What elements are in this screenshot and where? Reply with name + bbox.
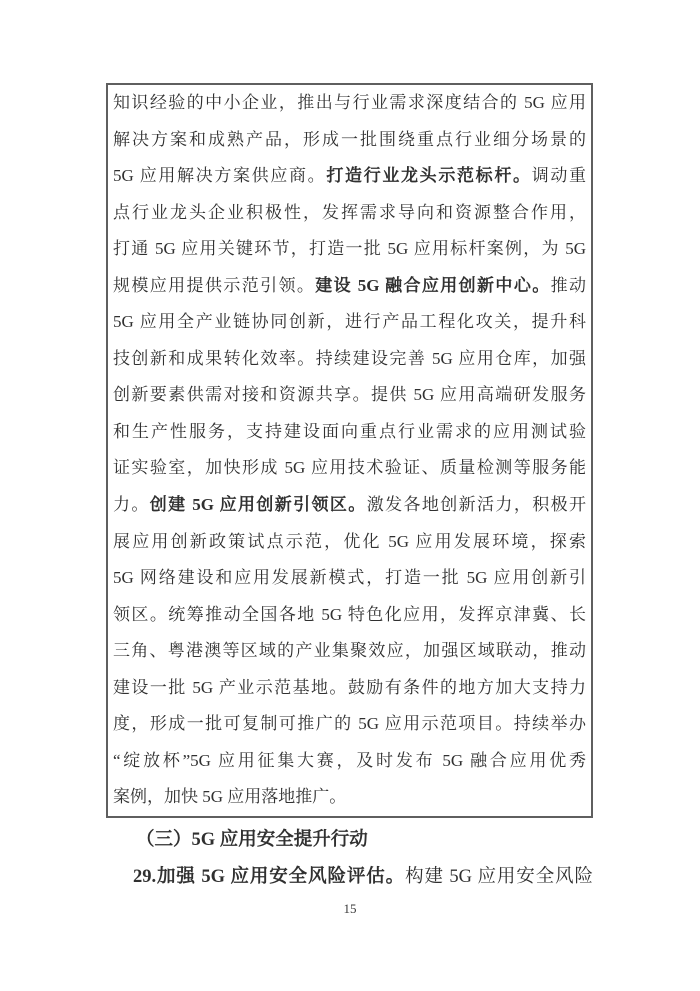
text-line: 案例，加快 5G 应用落地推广。: [113, 779, 586, 816]
text-segment: 领区。统筹推动全国各地 5G 特色化应用，发挥京津冀、长: [113, 605, 586, 624]
text-line: 建设一批 5G 产业示范基地。鼓励有条件的地方加大支持力: [113, 670, 586, 707]
text-line: 知识经验的中小企业，推出与行业需求深度结合的 5G 应用: [113, 85, 586, 122]
boxed-paragraph: 知识经验的中小企业，推出与行业需求深度结合的 5G 应用解决方案和成熟产品，形成…: [106, 83, 593, 818]
text-line: 度，形成一批可复制可推广的 5G 应用示范项目。持续举办: [113, 706, 586, 743]
text-line: 和生产性服务，支持建设面向重点行业需求的应用测试验: [113, 414, 586, 451]
text-segment: 证实验室，加快形成 5G 应用技术验证、质量检测等服务能: [113, 458, 586, 477]
text-segment: 创新要素供需对接和资源共享。提供 5G 应用高端研发服务: [113, 385, 586, 404]
text-line: 5G 应用全产业链协同创新，进行产品工程化攻关，提升科: [113, 304, 586, 341]
text-segment: 规模应用提供示范引领。: [113, 276, 315, 295]
text-segment: 三角、粤港澳等区域的产业集聚效应，加强区域联动，推动: [113, 641, 586, 660]
text-segment: 知识经验的中小企业，推出与行业需求深度结合的 5G 应用: [113, 93, 586, 112]
text-line: 解决方案和成熟产品，形成一批围绕重点行业细分场景的: [113, 122, 586, 159]
page-number: 15: [0, 901, 700, 917]
text-segment: 推动: [551, 276, 586, 295]
text-segment: 调动重: [532, 166, 586, 185]
text-segment: 打通 5G 应用关键环节，打造一批 5G 应用标杆案例，为 5G: [113, 239, 586, 258]
text-segment: 力。: [113, 495, 150, 514]
item-29-lead: 29.加强 5G 应用安全风险评估。: [133, 867, 405, 887]
bold-text-segment: 创建 5G 应用创新引领区。: [150, 495, 367, 514]
text-segment: 5G 网络建设和应用发展新模式，打造一批 5G 应用创新引: [113, 568, 586, 587]
text-segment: 建设一批 5G 产业示范基地。鼓励有条件的地方加大支持力: [113, 678, 586, 697]
text-line: 技创新和成果转化效率。持续建设完善 5G 应用仓库，加强: [113, 341, 586, 378]
text-line: 5G 网络建设和应用发展新模式，打造一批 5G 应用创新引: [113, 560, 586, 597]
text-line: 三角、粤港澳等区域的产业集聚效应，加强区域联动，推动: [113, 633, 586, 670]
numbered-item-29: 29.加强 5G 应用安全风险评估。构建 5G 应用安全风险: [106, 859, 593, 896]
text-line: 展应用创新政策试点示范，优化 5G 应用发展环境，探索: [113, 524, 586, 561]
text-line: “绽放杯”5G 应用征集大赛，及时发布 5G 融合应用优秀: [113, 743, 586, 780]
text-line: 规模应用提供示范引领。建设 5G 融合应用创新中心。推动: [113, 268, 586, 305]
text-segment: 5G 应用解决方案供应商。: [113, 166, 326, 185]
text-line: 领区。统筹推动全国各地 5G 特色化应用，发挥京津冀、长: [113, 597, 586, 634]
text-segment: 度，形成一批可复制可推广的 5G 应用示范项目。持续举办: [113, 714, 586, 733]
text-segment: 点行业龙头企业积极性，发挥需求导向和资源整合作用，: [113, 203, 586, 222]
text-segment: 案例，加快 5G 应用落地推广。: [113, 787, 346, 806]
text-line: 5G 应用解决方案供应商。打造行业龙头示范标杆。调动重: [113, 158, 586, 195]
document-page: 知识经验的中小企业，推出与行业需求深度结合的 5G 应用解决方案和成熟产品，形成…: [0, 0, 700, 991]
text-line: 打通 5G 应用关键环节，打造一批 5G 应用标杆案例，为 5G: [113, 231, 586, 268]
text-segment: 和生产性服务，支持建设面向重点行业需求的应用测试验: [113, 422, 586, 441]
section-heading-text: （三）5G 应用安全提升行动: [136, 830, 368, 850]
text-segment: 解决方案和成熟产品，形成一批围绕重点行业细分场景的: [113, 130, 586, 149]
text-segment: 技创新和成果转化效率。持续建设完善 5G 应用仓库，加强: [113, 349, 586, 368]
section-heading: （三）5G 应用安全提升行动: [106, 822, 593, 859]
text-segment: “绽放杯”5G 应用征集大赛，及时发布 5G 融合应用优秀: [113, 751, 586, 770]
text-line: 点行业龙头企业积极性，发挥需求导向和资源整合作用，: [113, 195, 586, 232]
bold-text-segment: 打造行业龙头示范标杆。: [326, 166, 531, 185]
text-line: 证实验室，加快形成 5G 应用技术验证、质量检测等服务能: [113, 450, 586, 487]
bold-text-segment: 建设 5G 融合应用创新中心。: [315, 276, 550, 295]
text-line: 创新要素供需对接和资源共享。提供 5G 应用高端研发服务: [113, 377, 586, 414]
text-segment: 展应用创新政策试点示范，优化 5G 应用发展环境，探索: [113, 532, 586, 551]
text-line: 力。创建 5G 应用创新引领区。激发各地创新活力，积极开: [113, 487, 586, 524]
item-29-rest: 构建 5G 应用安全风险: [405, 867, 593, 887]
text-segment: 5G 应用全产业链协同创新，进行产品工程化攻关，提升科: [113, 312, 586, 331]
text-segment: 激发各地创新活力，积极开: [367, 495, 586, 514]
